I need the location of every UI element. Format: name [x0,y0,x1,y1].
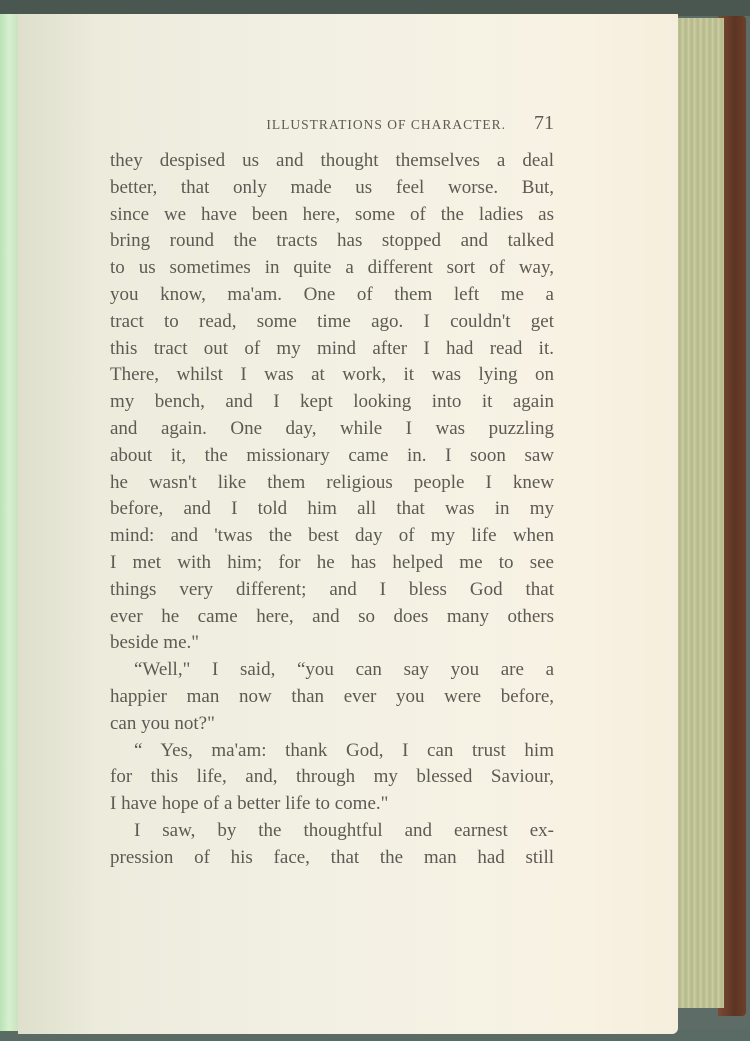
text-line: this tract out of my mind after I had re… [110,336,554,363]
text-line: ever he came here, and so does many othe… [110,604,554,631]
text-line: they despised us and thought themselves … [110,148,554,175]
text-line: he wasn't like them religious people I k… [110,470,554,497]
text-line: and again. One day, while I was puzzling [110,416,554,443]
text-line: “Well," I said, “you can say you are a [110,657,554,684]
text-line: tract to read, some time ago. I couldn't… [110,309,554,336]
running-head: ILLUSTRATIONS OF CHARACTER. 71 [110,112,554,134]
text-line: I saw, by the thoughtful and earnest ex- [110,818,554,845]
text-line: bring round the tracts has stopped and t… [110,228,554,255]
body-text: they despised us and thought themselves … [110,148,554,872]
text-line: to us sometimes in quite a different sor… [110,255,554,282]
text-line: I met with him; for he has helped me to … [110,550,554,577]
text-line: I have hope of a better life to come." [110,791,554,818]
text-line: since we have been here, some of the lad… [110,202,554,229]
page-number: 71 [534,112,554,135]
text-line: things very different; and I bless God t… [110,577,554,604]
text-line: my bench, and I kept looking into it aga… [110,389,554,416]
running-head-title: ILLUSTRATIONS OF CHARACTER. [266,117,506,133]
text-line: There, whilst I was at work, it was lyin… [110,362,554,389]
page-text: ILLUSTRATIONS OF CHARACTER. 71 they desp… [110,112,554,872]
text-line: you know, ma'am. One of them left me a [110,282,554,309]
text-line: mind: and 'twas the best day of my life … [110,523,554,550]
text-line: beside me." [110,630,554,657]
text-line: “ Yes, ma'am: thank God, I can trust him [110,738,554,765]
text-line: about it, the missionary came in. I soon… [110,443,554,470]
text-line: before, and I told him all that was in m… [110,496,554,523]
text-line: happier man now than ever you were befor… [110,684,554,711]
text-line: pression of his face, that the man had s… [110,845,554,872]
text-line: better, that only made us feel worse. Bu… [110,175,554,202]
text-line: for this life, and, through my blessed S… [110,764,554,791]
text-line: can you not?" [110,711,554,738]
